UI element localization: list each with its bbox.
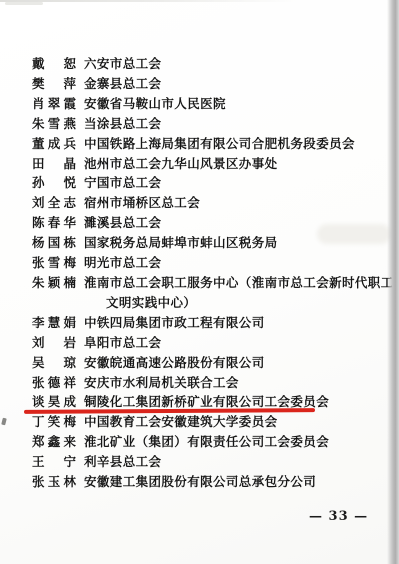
list-item: 樊萍金寨县总工会 bbox=[32, 74, 393, 94]
list-item: 张德祥安庆市水利局机关联合工会 bbox=[32, 373, 393, 393]
entry-list: 戴恕六安市总工会 樊萍金寨县总工会 肖翠霞安徽省马鞍山市人民医院 朱雪燕当涂县总… bbox=[32, 54, 393, 492]
person-name: 肖翠霞 bbox=[32, 94, 76, 114]
organization-name: 池州市总工会九华山风景区办事处 bbox=[84, 154, 278, 174]
scanned-document-page: 戴恕六安市总工会 樊萍金寨县总工会 肖翠霞安徽省马鞍山市人民医院 朱雪燕当涂县总… bbox=[0, 0, 399, 564]
person-name: 朱颖楠 bbox=[32, 273, 76, 293]
scan-speck-left-margin bbox=[1, 418, 7, 426]
person-name: 杨国栋 bbox=[32, 233, 76, 253]
scan-edge-right-shadow bbox=[387, 0, 399, 564]
person-name: 田晶 bbox=[32, 154, 76, 174]
person-name: 樊萍 bbox=[32, 74, 76, 94]
organization-name: 安庆市水利局机关联合工会 bbox=[84, 373, 239, 393]
person-name: 朱雪燕 bbox=[32, 114, 76, 134]
list-item: 肖翠霞安徽省马鞍山市人民医院 bbox=[32, 94, 393, 114]
list-item: 董成兵中国铁路上海局集团有限公司合肥机务段委员会 bbox=[32, 134, 393, 154]
list-item: 戴恕六安市总工会 bbox=[32, 54, 393, 74]
organization-name: 国家税务总局蚌埠市蚌山区税务局 bbox=[84, 233, 278, 253]
person-name: 孙悦 bbox=[32, 173, 76, 193]
person-name: 刘岩 bbox=[32, 333, 76, 353]
person-name: 吴琼 bbox=[32, 353, 76, 373]
list-item: 田晶池州市总工会九华山风景区办事处 bbox=[32, 154, 393, 174]
list-item: 杨国栋国家税务总局蚌埠市蚌山区税务局 bbox=[32, 233, 393, 253]
organization-name: 中铁四局集团市政工程有限公司 bbox=[84, 313, 265, 333]
person-name: 陈春华 bbox=[32, 213, 76, 233]
list-item: 刘全志宿州市埇桥区总工会 bbox=[32, 193, 393, 213]
organization-name: 淮北矿业（集团）有限责任公司工会委员会 bbox=[84, 432, 329, 452]
list-item: 张玉林安徽建工集团股份有限公司总承包分公司 bbox=[32, 472, 393, 492]
person-name: 董成兵 bbox=[32, 134, 76, 154]
list-item: 刘岩阜阳市总工会 bbox=[32, 333, 393, 353]
organization-name: 安徽省马鞍山市人民医院 bbox=[84, 94, 226, 114]
list-item: 朱颖楠淮南市总工会职工服务中心（淮南市总工会新时代职工 文明实践中心） bbox=[32, 273, 393, 313]
list-item: 陈春华濉溪县总工会 bbox=[32, 213, 393, 233]
list-item: 张雪梅明光市总工会 bbox=[32, 253, 393, 273]
list-item: 朱雪燕当涂县总工会 bbox=[32, 114, 393, 134]
person-name: 张雪梅 bbox=[32, 253, 76, 273]
list-item: 李慧娟中铁四局集团市政工程有限公司 bbox=[32, 313, 393, 333]
list-item: 郑鑫来淮北矿业（集团）有限责任公司工会委员会 bbox=[32, 432, 393, 452]
person-name: 王宁 bbox=[32, 452, 76, 472]
organization-name: 安徽皖通高速公路股份有限公司 bbox=[84, 353, 265, 373]
list-item: 孙悦宁国市总工会 bbox=[32, 173, 393, 193]
organization-name: 阜阳市总工会 bbox=[84, 333, 161, 353]
person-name: 郑鑫来 bbox=[32, 432, 76, 452]
organization-name: 金寨县总工会 bbox=[84, 74, 161, 94]
organization-name: 濉溪县总工会 bbox=[84, 213, 161, 233]
list-item: 王宁利辛县总工会 bbox=[32, 452, 393, 472]
person-name: 丁笑梅 bbox=[32, 412, 76, 432]
organization-name-continuation: 文明实践中心） bbox=[106, 293, 393, 313]
organization-name: 六安市总工会 bbox=[84, 54, 161, 74]
list-item: 吴琼安徽皖通高速公路股份有限公司 bbox=[32, 353, 393, 373]
person-name: 戴恕 bbox=[32, 54, 76, 74]
organization-name: 中国铁路上海局集团有限公司合肥机务段委员会 bbox=[84, 134, 355, 154]
person-name: 李慧娟 bbox=[32, 313, 76, 333]
organization-name: 淮南市总工会职工服务中心（淮南市总工会新时代职工 bbox=[84, 273, 394, 293]
scan-edge-top-line bbox=[0, 0, 399, 2]
organization-name: 利辛县总工会 bbox=[84, 452, 161, 472]
person-name: 张玉林 bbox=[32, 472, 76, 492]
organization-name: 宿州市埇桥区总工会 bbox=[84, 193, 200, 213]
scan-artifact-top-left bbox=[5, 2, 43, 5]
organization-name: 安徽建工集团股份有限公司总承包分公司 bbox=[84, 472, 316, 492]
person-name: 刘全志 bbox=[32, 193, 76, 213]
organization-name: 明光市总工会 bbox=[84, 253, 161, 273]
person-name: 张德祥 bbox=[32, 373, 76, 393]
organization-name: 当涂县总工会 bbox=[84, 114, 161, 134]
list-item: 丁笑梅中国教育工会安徽建筑大学委员会 bbox=[32, 412, 393, 432]
list-item: 谈昊成铜陵化工集团新桥矿业有限公司工会委员会 bbox=[32, 392, 393, 412]
organization-name: 宁国市总工会 bbox=[84, 173, 161, 193]
organization-name: 中国教育工会安徽建筑大学委员会 bbox=[84, 412, 278, 432]
page-number: — 33 — bbox=[309, 509, 368, 524]
